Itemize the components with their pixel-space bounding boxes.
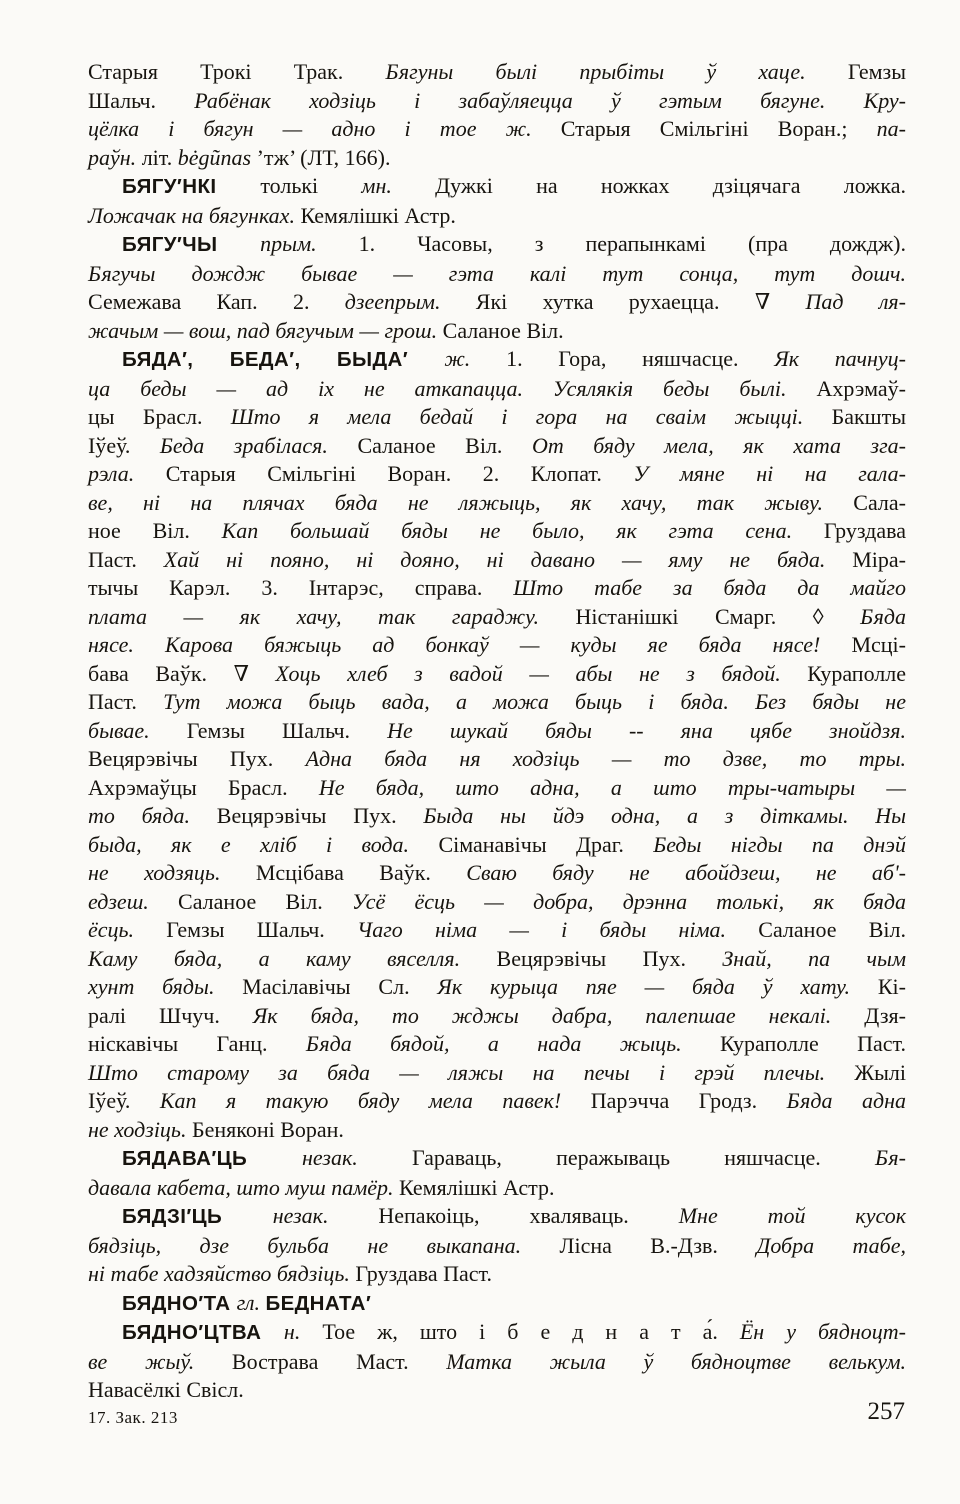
roman-text: Старыя Трокі Трак. [88, 59, 385, 84]
italic-text: Чаго німа — і бяды німа. [357, 917, 758, 942]
italic-text: Быда ны йдэ одна, а з діткамы. Ны [423, 803, 906, 828]
roman-text: Гемзы [848, 59, 906, 84]
roman-text: Іўеў. [88, 433, 160, 458]
text-line: бава Ваўк. ∇ Хоць хлеб з вадой — абы не … [88, 660, 906, 689]
roman-text: Навасёлкі Свісл. [88, 1377, 244, 1402]
text-line: тычы Карэл. 3. Інтарэс, справа. Што табе… [88, 574, 906, 603]
text-line: ца беды — ад іх не аткапацца. Усялякія б… [88, 375, 906, 404]
text-line: бядзіць, дзе бульба не выкапана. Лісна В… [88, 1232, 906, 1261]
italic-text: Ложачак на бягунках. [88, 203, 300, 228]
italic-text: Усё ёсць — добра, дрэнна толькі, як бяда [352, 889, 906, 914]
italic-text: ца беды — ад іх не аткапацца. Усялякія б… [88, 376, 816, 401]
text-line: Паст. Хай ні пояно, ні дояно, ні давано … [88, 546, 906, 575]
roman-text: Кемялішкі Астр. [399, 1175, 554, 1200]
italic-text: Кап я такую бяду мела павек! [160, 1088, 591, 1113]
roman-text: Старыя Смільгіні Воран.; [561, 116, 877, 141]
roman-text: Масілавічы Сл. [242, 974, 437, 999]
italic-text: не ходзяць. [88, 860, 256, 885]
roman-text: Гемзы Шальч. [166, 917, 357, 942]
roman-text: Кемялішкі Астр. [300, 203, 455, 228]
text-line: Вецярэвічы Пух. Адна бяда ня ходзіць — т… [88, 745, 906, 774]
headword: БЯДЗІ′ЦЬ [122, 1205, 273, 1228]
roman-text: Гемзы Шальч. [187, 718, 387, 743]
italic-text: прым. [260, 231, 358, 256]
italic-text: Што табе за бяда да майго [513, 575, 906, 600]
roman-text: 1. Гора, няшчасце. [506, 346, 774, 371]
italic-text: ж. [444, 346, 506, 371]
footer-print-info: 17. Зак. 213 [88, 1408, 178, 1428]
text-line: нясе. Карова бяжыць ад бонкаў — куды яе … [88, 631, 906, 660]
text-line: Што старому за бяда — ляжы на печы і грэ… [88, 1059, 906, 1088]
text-line: хунт бяды. Масілавічы Сл. Як курыца пяе … [88, 973, 906, 1002]
italic-text: Што я мела бедай і гора на сваім жыцці. [231, 404, 832, 429]
italic-text: рэла. [88, 461, 166, 486]
italic-text: едзеш. [88, 889, 178, 914]
roman-text: Беняконі Воран. [192, 1117, 344, 1142]
italic-text: ве жыў. [88, 1349, 232, 1374]
headword: БЯДНО′ЦТВА [122, 1321, 284, 1344]
italic-text: то бяда. [88, 803, 217, 828]
italic-text: Пад ля- [806, 289, 906, 314]
roman-text: Лісна В.-Дзв. [560, 1233, 757, 1258]
text-line: ве, ні на плячах бяда не ляжыць, як хачу… [88, 489, 906, 518]
roman-text: Мсці- [851, 632, 906, 657]
text-line: Старыя Трокі Трак. Бягуны былі прыбіты ў… [88, 58, 906, 87]
roman-text: бава Ваўк. ∇ [88, 661, 276, 686]
text-line: Паст. Тут можа быць вада, а можа быць і … [88, 688, 906, 717]
roman-text: ніскавічы Ганц. [88, 1031, 306, 1056]
roman-text: цы Брасл. [88, 404, 231, 429]
italic-text: давала кабета, што муш памёр. [88, 1175, 399, 1200]
italic-text: быда, як е хліб і вода. [88, 832, 438, 857]
italic-text: Хай ні пояно, ні дояно, ні давано — яму … [164, 547, 852, 572]
italic-text: не ходзіць. [88, 1117, 192, 1142]
text-line: не ходзяць. Мсцібава Ваўк. Сваю бяду не … [88, 859, 906, 888]
text-line: БЯДНО′ЦТВА н. Тое ж, што і б е д н а т а… [88, 1318, 906, 1348]
italic-text: плата — як хачу, так гараджу. [88, 604, 575, 629]
roman-text: Іўеў. [88, 1088, 160, 1113]
italic-text: Бяда [860, 604, 906, 629]
page-text: Старыя Трокі Трак. Бягуны былі прыбіты ў… [88, 58, 906, 1405]
italic-text: незак. [273, 1203, 379, 1228]
italic-text: Бягуны былі прыбіты ў хаце. [385, 59, 847, 84]
italic-text: раўн. [88, 145, 142, 170]
italic-text: Бягучы дождж бывае — гэта калі тут сонца… [88, 261, 906, 286]
text-line: БЯДА′, БЕДА′, БЫДА′ ж. 1. Гора, няшчасце… [88, 345, 906, 375]
roman-text: Міра- [852, 547, 906, 572]
italic-text: ні табе хадзяйство бядзіць. [88, 1261, 355, 1286]
roman-text: Шальч. [88, 88, 194, 113]
italic-text: хунт бяды. [88, 974, 242, 999]
headword: БЯДА′, БЕДА′, БЫДА′ [122, 348, 444, 371]
text-line: ралі Шчуч. Як бяда, то жджы дабра, палеп… [88, 1002, 906, 1031]
italic-text: Бяда адна [787, 1088, 906, 1113]
roman-text: Вецярэвічы Пух. [497, 946, 723, 971]
text-line: то бяда. Вецярэвічы Пух. Быда ны йдэ одн… [88, 802, 906, 831]
text-line: рэла. Старыя Смільгіні Воран. 2. Клопат.… [88, 460, 906, 489]
italic-text: жачым — вош, пад бягучым — грош. [88, 318, 443, 343]
italic-text: Беда зрабілася. [160, 433, 358, 458]
text-line: Ахрэмаўцы Брасл. Не бяда, што адна, а шт… [88, 774, 906, 803]
headword: БЯГУ′ЧЫ [122, 233, 260, 256]
roman-text: Старыя Смільгіні Воран. 2. Клопат. [166, 461, 634, 486]
roman-text: Ахрэмаў- [816, 376, 906, 401]
roman-text: Саланое Віл. [357, 433, 532, 458]
text-line: ве жыў. Вострава Маст. Матка жыла ў бядн… [88, 1348, 906, 1377]
italic-text: мн. [361, 173, 435, 198]
roman-text: Які хутка рухаецца. ∇ [476, 289, 806, 314]
roman-text: Сіманавічы Драг. [438, 832, 653, 857]
roman-text: літ. [142, 145, 178, 170]
text-line: жачым — вош, пад бягучым — грош. Саланое… [88, 317, 906, 346]
roman-text: Вецярэвічы Пух. [88, 746, 306, 771]
text-line: БЯДЗІ′ЦЬ незак. Непакоіць, хваляваць. Мн… [88, 1202, 906, 1232]
page-number: 257 [868, 1398, 906, 1426]
roman-text: Парэчча Гродз. [591, 1088, 787, 1113]
roman-text: тычы Карэл. 3. Інтарэс, справа. [88, 575, 513, 600]
italic-text: У мяне ні на гала- [633, 461, 906, 486]
italic-text: Бяда бядой, а нада жыць. [306, 1031, 720, 1056]
roman-text: Кі- [878, 974, 906, 999]
roman-text: ное Віл. [88, 518, 222, 543]
italic-text: Мне той кусок [679, 1203, 906, 1228]
italic-text: Сваю бяду не абойдзеш, не аб'- [466, 860, 906, 885]
text-line: едзеш. Саланое Віл. Усё ёсць — добра, др… [88, 888, 906, 917]
roman-text: Мсцібава Ваўк. [256, 860, 466, 885]
italic-text: Што старому за бяда — ляжы на печы і грэ… [88, 1060, 854, 1085]
text-line: цы Брасл. Што я мела бедай і гора на сва… [88, 403, 906, 432]
text-line: ніскавічы Ганц. Бяда бядой, а нада жыць.… [88, 1030, 906, 1059]
roman-text: Ністанішкі Смарг. ◊ [575, 604, 860, 629]
text-line: ёсць. Гемзы Шальч. Чаго німа — і бяды ні… [88, 916, 906, 945]
italic-text: гл. [237, 1290, 266, 1315]
roman-text: Кураполле [807, 661, 906, 686]
italic-text: дзеепрым. [345, 289, 476, 314]
italic-text: бывае. [88, 718, 187, 743]
roman-text: Саланое Віл. [178, 889, 352, 914]
text-line: БЯГУ′ЧЫ прым. 1. Часовы, з перапынкамі (… [88, 230, 906, 260]
roman-text: Саланое Віл. [443, 318, 564, 343]
italic-text: Тут можа быць вада, а можа быць і бяда. … [163, 689, 906, 714]
text-line: Іўеў. Беда зрабілася. Саланое Віл. От бя… [88, 432, 906, 461]
italic-text: н. [284, 1319, 322, 1344]
text-line: Каму бяда, а каму вяселля. Вецярэвічы Пу… [88, 945, 906, 974]
italic-text: Каму бяда, а каму вяселля. [88, 946, 497, 971]
text-line: БЯДНО′ТА гл. БЕДНАТА′ [88, 1289, 906, 1319]
roman-text: Тое ж, што і б е д н а т а́. [322, 1319, 740, 1344]
roman-text: ралі Шчуч. [88, 1003, 253, 1028]
roman-text: толькі [260, 173, 361, 198]
roman-text: Груздава [824, 518, 906, 543]
text-line: Шальч. Рабёнак ходзіць і забаўляецца ў г… [88, 87, 906, 116]
roman-text: Жылі [854, 1060, 906, 1085]
text-line: Навасёлкі Свісл. [88, 1376, 906, 1405]
roman-text: Вострава Маст. [232, 1349, 446, 1374]
text-line: ні табе хадзяйство бядзіць. Груздава Пас… [88, 1260, 906, 1289]
italic-text: цёлка і бягун — адно і тое ж. [88, 116, 561, 141]
text-line: бывае. Гемзы Шальч. Не шукай бяды -- яна… [88, 717, 906, 746]
text-line: БЯГУ′НКІ толькі мн. Дужкі на ножках дзіц… [88, 172, 906, 202]
italic-text: Матка жыла ў бядноцтве велькум. [446, 1349, 906, 1374]
roman-text: Бакшты [832, 404, 906, 429]
italic-text: па- [877, 116, 906, 141]
roman-text: Ахрэмаўцы Брасл. [88, 775, 319, 800]
roman-text: Паст. [88, 547, 164, 572]
text-line: Семежава Кап. 2. дзеепрым. Які хутка рух… [88, 288, 906, 317]
text-line: Іўеў. Кап я такую бяду мела павек! Парэч… [88, 1087, 906, 1116]
roman-text: Груздава Паст. [355, 1261, 492, 1286]
italic-text: Хоць хлеб з вадой — абы не з бядой. [276, 661, 808, 686]
roman-text: Сала- [853, 490, 906, 515]
roman-text: Непакоіць, хваляваць. [378, 1203, 678, 1228]
roman-text: Вецярэвічы Пух. [217, 803, 424, 828]
headword: БЕДНАТА′ [265, 1292, 371, 1315]
roman-text: Дужкі на ножках дзіцячага ложка. [435, 173, 906, 198]
roman-text: Кураполле Паст. [720, 1031, 906, 1056]
italic-text: Адна бяда ня ходзіць — то дзве, то тры. [306, 746, 906, 771]
text-line: не ходзіць. Беняконі Воран. [88, 1116, 906, 1145]
roman-text: ’тж’ (ЛТ, 166). [257, 145, 391, 170]
roman-text: Гараваць, перажываць няшчасце. [412, 1145, 875, 1170]
headword: БЯДНО′ТА [122, 1292, 237, 1315]
italic-text: От бяду мела, як хата зга- [532, 433, 906, 458]
text-line: БЯДАВА′ЦЬ незак. Гараваць, перажываць ня… [88, 1144, 906, 1174]
italic-text: Рабёнак ходзіць і забаўляецца ў гэтым бя… [194, 88, 906, 113]
italic-text: бядзіць, дзе бульба не выкапана. [88, 1233, 560, 1258]
italic-text: Як курыца пяе — бяда ў хату. [437, 974, 877, 999]
italic-text: ёсць. [88, 917, 166, 942]
italic-text: Знай, па чым [722, 946, 906, 971]
text-line: быда, як е хліб і вода. Сіманавічы Драг.… [88, 831, 906, 860]
text-line: раўн. літ. bėgũnas ’тж’ (ЛТ, 166). [88, 144, 906, 173]
italic-text: незак. [302, 1145, 412, 1170]
italic-text: Не бяда, што адна, а што тры-чатыры — [319, 775, 906, 800]
italic-text: ве, ні на плячах бяда не ляжыць, як хачу… [88, 490, 853, 515]
roman-text: Саланое Віл. [758, 917, 906, 942]
italic-text: Беды нігды па днэй [653, 832, 906, 857]
text-line: Ложачак на бягунках. Кемялішкі Астр. [88, 202, 906, 231]
italic-text: Бя- [875, 1145, 906, 1170]
italic-text: Як бяда, то жджы дабра, палепшае некалі. [253, 1003, 864, 1028]
italic-text: Як пачнуц- [774, 346, 906, 371]
italic-text: bėgũnas [178, 145, 257, 170]
italic-text: Ён у бядноцт- [740, 1319, 906, 1344]
italic-text: Кап большай бяды не было, як гэта сена. [222, 518, 824, 543]
italic-text: Добра табе, [756, 1233, 906, 1258]
text-line: ное Віл. Кап большай бяды не было, як гэ… [88, 517, 906, 546]
italic-text: Не шукай бяды -- яна цябе знойдзя. [387, 718, 906, 743]
text-line: Бягучы дождж бывае — гэта калі тут сонца… [88, 260, 906, 289]
headword: БЯДАВА′ЦЬ [122, 1147, 302, 1170]
roman-text: Дзя- [864, 1003, 906, 1028]
italic-text: нясе. Карова бяжыць ад бонкаў — куды яе … [88, 632, 851, 657]
text-line: плата — як хачу, так гараджу. Ністанішкі… [88, 603, 906, 632]
text-line: давала кабета, што муш памёр. Кемялішкі … [88, 1174, 906, 1203]
text-line: цёлка і бягун — адно і тое ж. Старыя Смі… [88, 115, 906, 144]
headword: БЯГУ′НКІ [122, 175, 260, 198]
roman-text: Паст. [88, 689, 163, 714]
roman-text: 1. Часовы, з перапынкамі (пра дождж). [359, 231, 906, 256]
roman-text: Семежава Кап. 2. [88, 289, 345, 314]
